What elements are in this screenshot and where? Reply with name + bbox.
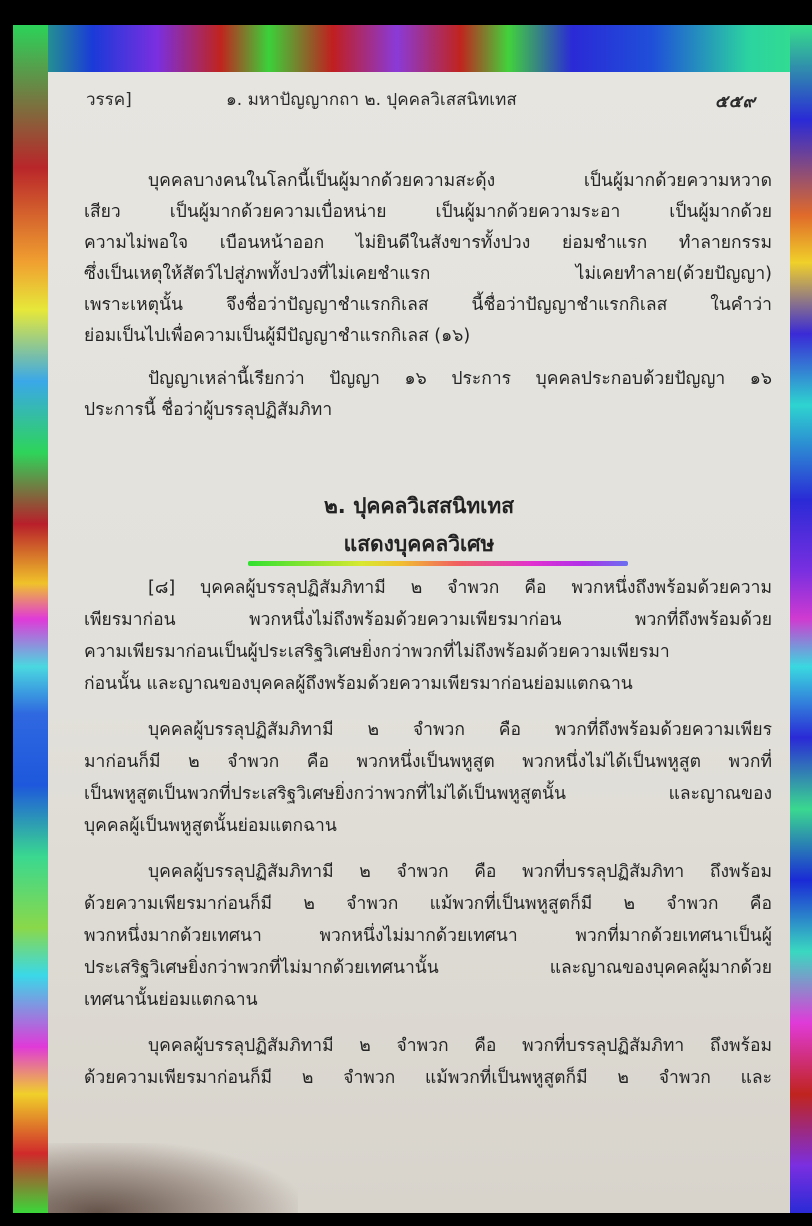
text-line: บุคคลบางคนในโลกนี้เป็นผู้มากด้วยความสะดุ… (84, 166, 772, 197)
text-line: ย่อมเป็นไปเพื่อความเป็นผู้มีปัญญาชำแรกกิ… (84, 321, 772, 352)
paragraph: บุคคลผู้บรรลุปฏิสัมภิทามี ๒ จำพวก คือ พว… (84, 1030, 772, 1094)
text-line: ประเสริฐวิเศษยิ่งกว่าพวกที่ไม่มากด้วยเทศ… (84, 952, 772, 984)
text-line: บุคคลผู้บรรลุปฏิสัมภิทามี ๒ จำพวก คือ พว… (84, 856, 772, 888)
text-line: บุคคลผู้เป็นพหูสูตนั้นย่อมแตกฉาน (84, 810, 772, 842)
body-bottom: [๘] บุคคลผู้บรรลุปฏิสัมภิทามี ๒ จำพวก คื… (84, 572, 772, 1094)
section-title: ๒. ปุคคลวิเสสนิทเทส (48, 490, 790, 523)
running-header: วรรค] ๑. มหาปัญญากถา ๒. ปุคคลวิเสสนิทเทส… (48, 86, 790, 116)
text-line: ด้วยความเพียรมาก่อนก็มี ๒ จำพวก แม้พวกที… (84, 888, 772, 920)
text-line: เพราะเหตุนั้น จึงชื่อว่าปัญญาชำแรกกิเลส … (84, 290, 772, 321)
paragraph: [๘] บุคคลผู้บรรลุปฏิสัมภิทามี ๒ จำพวก คื… (84, 572, 772, 700)
text-line: ความเพียรมาก่อนเป็นผู้ประเสริฐวิเศษยิ่งก… (84, 636, 772, 668)
book-page: วรรค] ๑. มหาปัญญากถา ๒. ปุคคลวิเสสนิทเทส… (48, 72, 790, 1213)
section-subtitle: แสดงบุคคลวิเศษ (48, 528, 790, 561)
text-line: มาก่อนก็มี ๒ จำพวก คือ พวกหนึ่งเป็นพหูสู… (84, 746, 772, 778)
text-line: เสียว เป็นผู้มากด้วยความเบื่อหน่าย เป็นผ… (84, 197, 772, 228)
body-top: บุคคลบางคนในโลกนี้เป็นผู้มากด้วยความสะดุ… (84, 166, 772, 426)
text-line: เทศนานั้นย่อมแตกฉาน (84, 984, 772, 1016)
text-line: ประการนี้ ชื่อว่าผู้บรรลุปฏิสัมภิทา (84, 395, 772, 426)
header-chapter-title: ๑. มหาปัญญากถา ๒. ปุคคลวิเสสนิทเทส (226, 86, 517, 113)
paragraph: บุคคลบางคนในโลกนี้เป็นผู้มากด้วยความสะดุ… (84, 166, 772, 352)
paragraph: บุคคลผู้บรรลุปฏิสัมภิทามี ๒ จำพวก คือ พว… (84, 856, 772, 1016)
rainbow-frame-right (790, 25, 812, 1213)
text-line: พวกหนึ่งมากด้วยเทศนา พวกหนึ่งไม่มากด้วยเ… (84, 920, 772, 952)
hand-shadow (48, 1143, 298, 1213)
header-left-text: วรรค] (86, 86, 132, 113)
text-line: [๘] บุคคลผู้บรรลุปฏิสัมภิทามี ๒ จำพวก คื… (84, 572, 772, 604)
text-line: ปัญญาเหล่านี้เรียกว่า ปัญญา ๑๖ ประการ บุ… (84, 364, 772, 395)
text-line: ด้วยความเพียรมาก่อนก็มี ๒ จำพวก แม้พวกที… (84, 1062, 772, 1094)
paragraph: ปัญญาเหล่านี้เรียกว่า ปัญญา ๑๖ ประการ บุ… (84, 364, 772, 426)
text-line: ความไม่พอใจ เบือนหน้าออก ไม่ยินดีในสังขา… (84, 228, 772, 259)
page-number: ๕๕๙ (715, 88, 756, 115)
text-line: เพียรมาก่อน พวกหนึ่งไม่ถึงพร้อมด้วยความเ… (84, 604, 772, 636)
paragraph: บุคคลผู้บรรลุปฏิสัมภิทามี ๒ จำพวก คือ พว… (84, 714, 772, 842)
rainbow-underline (248, 561, 628, 566)
text-line: บุคคลผู้บรรลุปฏิสัมภิทามี ๒ จำพวก คือ พว… (84, 1030, 772, 1062)
text-line: เป็นพหูสูตเป็นพวกที่ประเสริฐวิเศษยิ่งกว่… (84, 778, 772, 810)
text-line: ก่อนนั้น และญาณของบุคคลผู้ถึงพร้อมด้วยคว… (84, 668, 772, 700)
rainbow-frame-left (13, 25, 48, 1213)
text-line: บุคคลผู้บรรลุปฏิสัมภิทามี ๒ จำพวก คือ พว… (84, 714, 772, 746)
text-line: ซึ่งเป็นเหตุให้สัตว์ไปสู่ภพทั้งปวงที่ไม่… (84, 259, 772, 290)
